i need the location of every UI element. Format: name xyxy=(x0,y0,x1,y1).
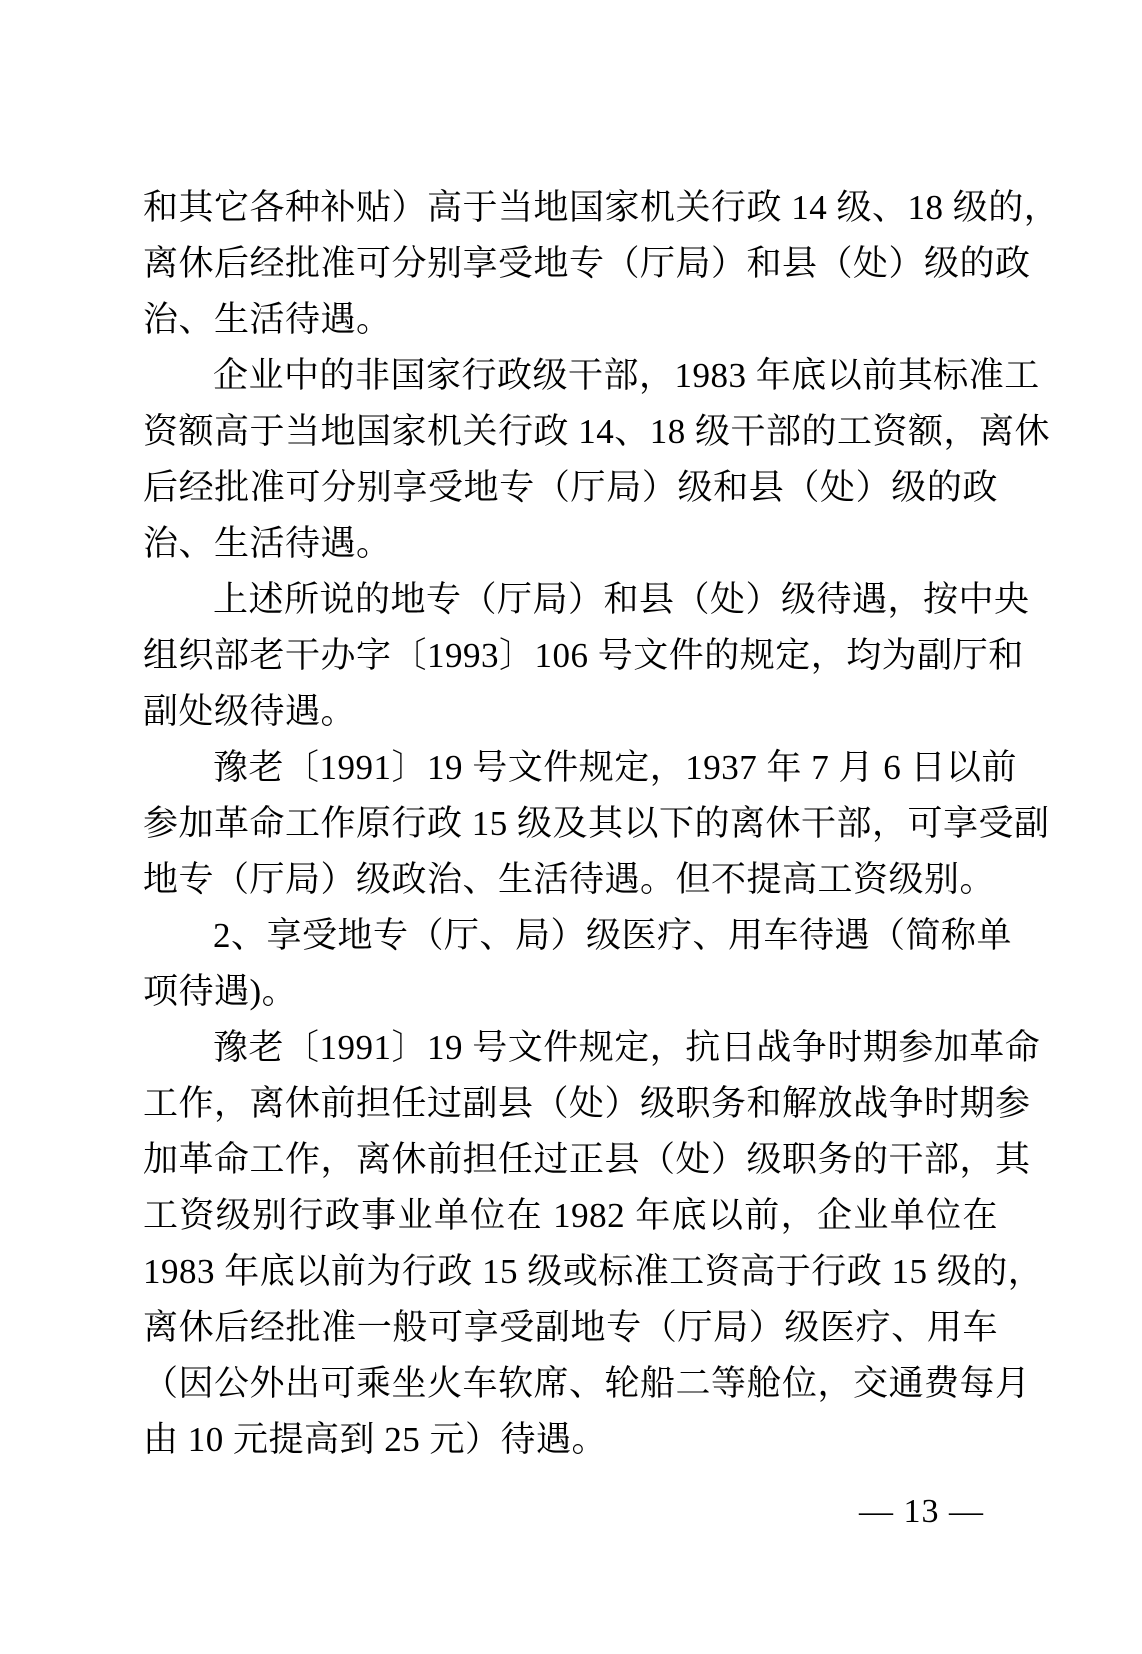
text-line: （因公外出可乘坐火车软席、轮船二等舱位，交通费每月 xyxy=(143,1356,998,1412)
paragraph: 豫老〔1991〕19 号文件规定，抗日战争时期参加革命工作，离休前担任过副县（处… xyxy=(143,1020,998,1468)
text-line: 副处级待遇。 xyxy=(143,684,998,740)
text-line: 由 10 元提高到 25 元）待遇。 xyxy=(143,1412,998,1468)
text-line: 1983 年底以前为行政 15 级或标准工资高于行政 15 级的， xyxy=(143,1244,998,1300)
text-line: 地专（厅局）级政治、生活待遇。但不提高工资级别。 xyxy=(143,852,998,908)
text-line: 工资级别行政事业单位在 1982 年底以前，企业单位在 xyxy=(143,1188,998,1244)
text-line: 组织部老干办字〔1993〕106 号文件的规定，均为副厅和 xyxy=(143,628,998,684)
text-line: 2、享受地专（厅、局）级医疗、用车待遇（简称单 xyxy=(143,908,998,964)
text-line: 上述所说的地专（厅局）和县（处）级待遇，按中央 xyxy=(143,572,998,628)
paragraph: 豫老〔1991〕19 号文件规定，1937 年 7 月 6 日以前参加革命工作原… xyxy=(143,740,998,908)
document-page: 和其它各种补贴）高于当地国家机关行政 14 级、18 级的，离休后经批准可分别享… xyxy=(0,0,1142,1654)
text-line: 豫老〔1991〕19 号文件规定，抗日战争时期参加革命 xyxy=(143,1020,998,1076)
paragraph: 企业中的非国家行政级干部，1983 年底以前其标准工资额高于当地国家机关行政 1… xyxy=(143,348,998,572)
text-line: 企业中的非国家行政级干部，1983 年底以前其标准工 xyxy=(143,348,998,404)
text-line: 后经批准可分别享受地专（厅局）级和县（处）级的政 xyxy=(143,460,998,516)
text-line: 工作，离休前担任过副县（处）级职务和解放战争时期参 xyxy=(143,1076,998,1132)
page-footer: — 13 — xyxy=(859,1488,984,1536)
paragraph: 2、享受地专（厅、局）级医疗、用车待遇（简称单项待遇)。 xyxy=(143,908,998,1020)
text-line: 加革命工作，离休前担任过正县（处）级职务的干部，其 xyxy=(143,1132,998,1188)
paragraph: 和其它各种补贴）高于当地国家机关行政 14 级、18 级的，离休后经批准可分别享… xyxy=(143,180,998,348)
page-number: — 13 — xyxy=(859,1493,984,1530)
text-line: 参加革命工作原行政 15 级及其以下的离休干部，可享受副 xyxy=(143,796,998,852)
text-line: 治、生活待遇。 xyxy=(143,516,998,572)
text-line: 资额高于当地国家机关行政 14、18 级干部的工资额，离休 xyxy=(143,404,998,460)
text-line: 离休后经批准一般可享受副地专（厅局）级医疗、用车 xyxy=(143,1300,998,1356)
text-line: 治、生活待遇。 xyxy=(143,292,998,348)
document-body: 和其它各种补贴）高于当地国家机关行政 14 级、18 级的，离休后经批准可分别享… xyxy=(143,180,998,1468)
text-line: 豫老〔1991〕19 号文件规定，1937 年 7 月 6 日以前 xyxy=(143,740,998,796)
text-line: 项待遇)。 xyxy=(143,964,998,1020)
paragraph: 上述所说的地专（厅局）和县（处）级待遇，按中央组织部老干办字〔1993〕106 … xyxy=(143,572,998,740)
text-line: 和其它各种补贴）高于当地国家机关行政 14 级、18 级的， xyxy=(143,180,998,236)
text-line: 离休后经批准可分别享受地专（厅局）和县（处）级的政 xyxy=(143,236,998,292)
